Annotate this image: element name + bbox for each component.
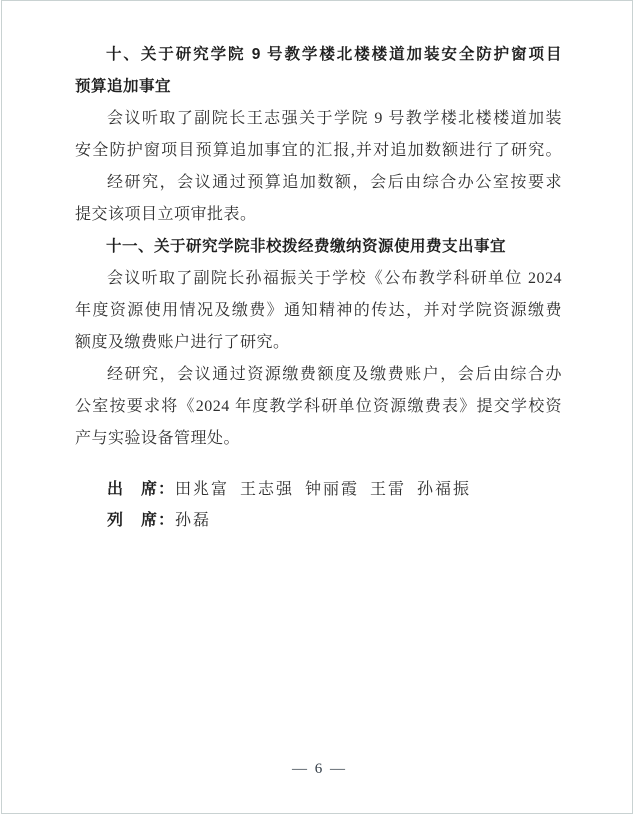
- attendance-section: 出 席：田兆富 王志强 钟丽霞 王雷 孙福振 列 席：孙磊: [75, 474, 562, 536]
- paragraph-report-10: 会议听取了副院长王志强关于学院 9 号教学楼北楼楼道加装 安全防护窗项目预算追加…: [75, 103, 562, 167]
- document-body: 十、关于研究学院 9 号教学楼北楼楼道加装安全防护窗项目 预算追加事宜 会议听取…: [75, 39, 562, 536]
- heading-line: 十一、关于研究学院非校拨经费缴纳资源使用费支出事宜: [75, 231, 562, 263]
- paragraph-line: 产与实验设备管理处。: [75, 423, 562, 455]
- paragraph-line: 经研究，会议通过资源缴费额度及缴费账户，会后由综合办: [75, 359, 562, 391]
- paragraph-line: 提交该项目立项审批表。: [75, 199, 562, 231]
- paragraph-line: 会议听取了副院长孙福振关于学校《公布教学科研单位 2024: [75, 263, 562, 295]
- attendees-row: 出 席：田兆富 王志强 钟丽霞 王雷 孙福振: [107, 474, 562, 505]
- observers-names: 孙磊: [175, 512, 211, 529]
- paragraph-line: 额度及缴费账户进行了研究。: [75, 327, 562, 359]
- page-number: — 6 —: [0, 761, 639, 778]
- paragraph-resolution-11: 经研究，会议通过资源缴费额度及缴费账户，会后由综合办 公室按要求将《2024 年…: [75, 359, 562, 455]
- heading-line: 十、关于研究学院 9 号教学楼北楼楼道加装安全防护窗项目: [75, 39, 562, 71]
- observers-row: 列 席：孙磊: [107, 505, 562, 536]
- paragraph-line: 年度资源使用情况及缴费》通知精神的传达，并对学院资源缴费: [75, 295, 562, 327]
- paragraph-line: 经研究，会议通过预算追加数额，会后由综合办公室按要求: [75, 167, 562, 199]
- section-heading-10: 十、关于研究学院 9 号教学楼北楼楼道加装安全防护窗项目 预算追加事宜: [75, 39, 562, 103]
- paragraph-line: 公室按要求将《2024 年度教学科研单位资源缴费表》提交学校资: [75, 391, 562, 423]
- paragraph-report-11: 会议听取了副院长孙福振关于学校《公布教学科研单位 2024 年度资源使用情况及缴…: [75, 263, 562, 359]
- paragraph-resolution-10: 经研究，会议通过预算追加数额，会后由综合办公室按要求 提交该项目立项审批表。: [75, 167, 562, 231]
- paragraph-line: 会议听取了副院长王志强关于学院 9 号教学楼北楼楼道加装: [75, 103, 562, 135]
- attendees-label: 出 席：: [107, 481, 175, 498]
- heading-line: 预算追加事宜: [75, 71, 562, 103]
- paragraph-line: 安全防护窗项目预算追加事宜的汇报,并对追加数额进行了研究。: [75, 135, 562, 167]
- attendees-names: 田兆富 王志强 钟丽霞 王雷 孙福振: [175, 481, 471, 498]
- section-heading-11: 十一、关于研究学院非校拨经费缴纳资源使用费支出事宜: [75, 231, 562, 263]
- observers-label: 列 席：: [107, 512, 175, 529]
- meeting-minutes-page: 十、关于研究学院 9 号教学楼北楼楼道加装安全防护窗项目 预算追加事宜 会议听取…: [0, 0, 639, 819]
